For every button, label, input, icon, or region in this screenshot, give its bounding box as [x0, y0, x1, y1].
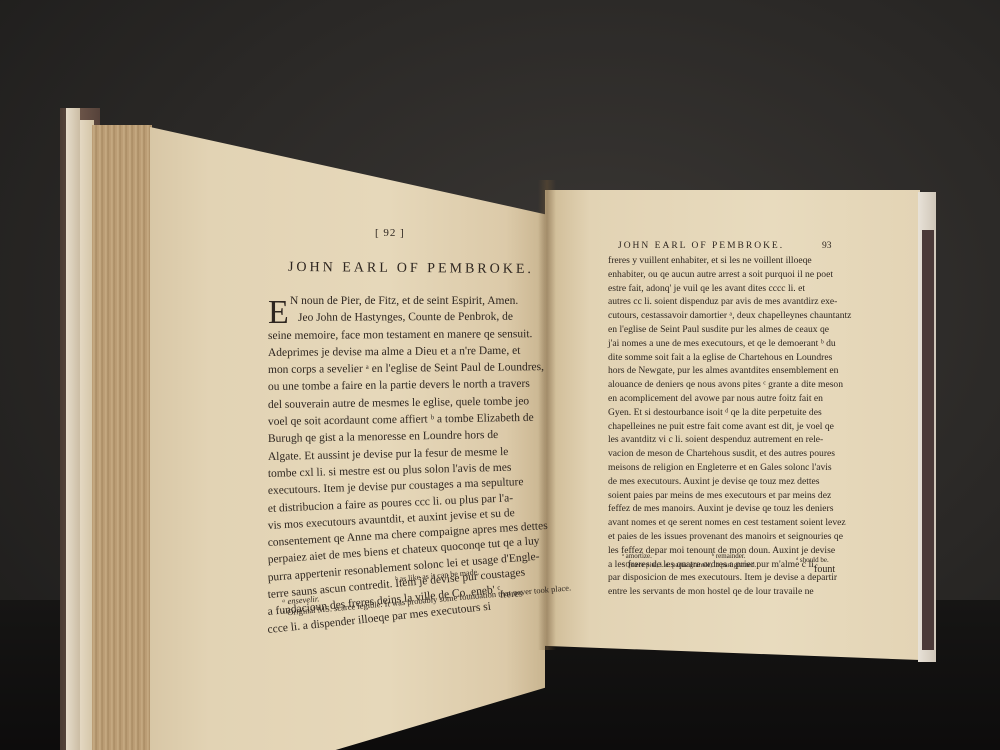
right-page-number: 93	[822, 242, 832, 252]
photo-scene: [ 92 ] JOHN EARL OF PEMBROKE. E N noun d…	[0, 0, 1000, 750]
catchword: fount	[814, 565, 835, 575]
text-line: enhabiter, ou qe aucun autre arrest a so…	[608, 270, 868, 284]
text-line: les avantditz vi c li. soient despenduz …	[608, 435, 868, 449]
running-head: JOHN EARL OF PEMBROKE.	[618, 242, 784, 252]
right-page-footnotes: ᵃ amortize.ᵇ remainder. ᶜ Quære pite, i.…	[622, 553, 756, 571]
book-cover-right	[922, 230, 934, 650]
text-line: de mes executours. Auxint je devise qe t…	[608, 477, 868, 491]
page-block-edge	[92, 125, 152, 750]
text-line: par disposicion de mes executours. Item …	[608, 573, 868, 587]
text-line: en acomplicement del avowe par nous autr…	[608, 394, 868, 408]
text-line: chapelleines ne puit estre fait come ava…	[608, 422, 868, 436]
left-page-title: JOHN EARL OF PEMBROKE.	[288, 261, 534, 277]
footnote-text: ᵃ amortize.	[622, 552, 652, 560]
text-line: cutours, cestassavoir damortier ᵃ, deux …	[608, 311, 868, 325]
text-line: soient paies par meins de mes executours…	[608, 491, 868, 505]
catchword: freres	[500, 589, 523, 601]
footnote: ᵈ should be.	[796, 557, 829, 564]
text-line: en l'eglise de Seint Paul susdite pur le…	[608, 325, 868, 339]
text-line: j'ai nomes a une de mes executours, et q…	[608, 339, 868, 353]
text-line: Gyen. Et si destourbance isoit ᵈ qe la d…	[608, 408, 868, 422]
text-line: feffez de mes manoirs. Auxint je devise …	[608, 504, 868, 518]
left-page-number: [ 92 ]	[375, 228, 405, 239]
text-line: estre fait, adonq' je vuil qe les avant …	[608, 284, 868, 298]
text-line: hors de Newgate, pur les almes avantdite…	[608, 366, 868, 380]
text-line: freres y vuillent enhabiter, et si les n…	[608, 256, 868, 270]
text-line: dite somme soit fait a la eglise de Char…	[608, 353, 868, 367]
text-line: et paies de les issues provenant des man…	[608, 532, 868, 546]
cover-board-edge-left	[66, 108, 80, 750]
text-line: entre les servants de mon hostel qe de l…	[608, 587, 868, 601]
text-line: meisons de religion en Engleterre et en …	[608, 463, 868, 477]
right-page-body: freres y vuillent enhabiter, et si les n…	[608, 256, 868, 601]
footnote-text: ᵇ remainder.	[712, 552, 746, 560]
text-line: autres cc li. soient dispenduz par avis …	[608, 297, 868, 311]
text-line: vacion de meson de Chartehous susdit, et…	[608, 449, 868, 463]
text-line: alouance de deniers qe nous avons pites …	[608, 380, 868, 394]
text-line: avant nomes et qe serent nomes en cest t…	[608, 518, 868, 532]
footnote: ᶜ Quære pite, i. e. partie grantée, in p…	[622, 562, 756, 571]
